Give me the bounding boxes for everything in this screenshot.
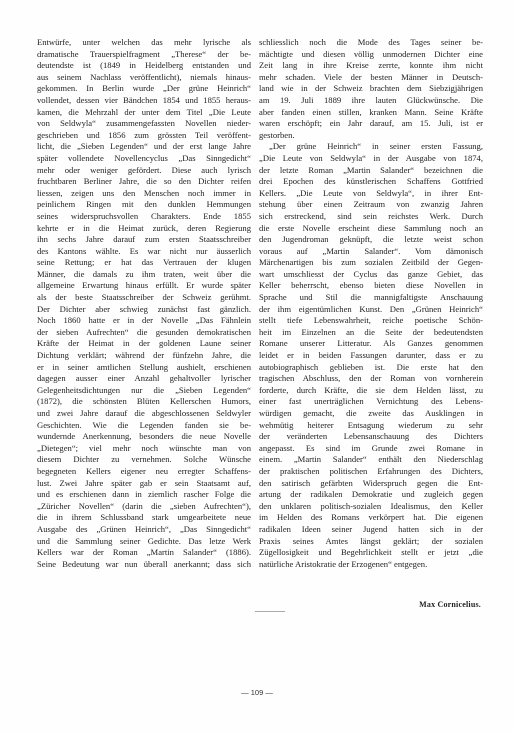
text-line: Märchenartigen bis zum sozialen Zeitbild… [259, 257, 483, 269]
text-line: später vollendete Novellencyclus „Das Si… [37, 153, 251, 165]
text-line: aus seinem Nachlass veröffentlicht), nie… [37, 72, 251, 84]
text-line: Ausgabe des „Grünen Heinrich“, „Das Sinn… [37, 524, 251, 536]
text-line: Gelegenheitsdichtungen nur die „Sieben L… [37, 385, 251, 397]
text-line: lust. Zwei Jahre später gab er sein Staa… [37, 478, 251, 490]
text-line: Romane unserer Litteratur. Als Ganzes ge… [259, 338, 483, 350]
text-line: deutendste ist (1849 in Heidelberg entst… [37, 60, 251, 72]
text-line: allgemeine Erwartung hinaus erfüllt. Er … [37, 280, 251, 292]
text-line: natürliche Aristokratie der Erzogenen“ e… [259, 559, 483, 571]
text-line: wart umschliesst der Cyclus das ganze Ge… [259, 269, 483, 281]
text-line: Kräfte der Heimat in der goldenen Laune … [37, 338, 251, 350]
right-text-column: schliesslich noch die Mode des Tages sei… [259, 37, 483, 570]
text-line: leidet er in beiden Fassungen darunter, … [259, 350, 483, 362]
text-line: mehr schaden. Viele der besten Männer in… [259, 72, 483, 84]
text-line: wehmütig heiterer Entsagung wiederum zu … [259, 420, 483, 432]
paragraph-start-line: „Der grüne Heinrich“ in seiner ersten Fa… [259, 141, 483, 153]
text-line: tragischen Abschluss, den der Roman von … [259, 373, 483, 385]
text-line: einer fast unerträglichen Vernichtung de… [259, 396, 483, 408]
text-line: als der beste Staatsschreiber der Schwei… [37, 292, 251, 304]
text-line: mehr oder weniger gefördert. Diese auch … [37, 165, 251, 177]
text-line: forderte, durch Kräfte, die sie dem Held… [259, 385, 483, 397]
text-line: Männer, die damals zu ihm traten, weit ü… [37, 269, 251, 281]
text-line: den unklaren politisch-sozialen Idealism… [259, 501, 483, 513]
text-line: angepasst. Es sind im Grunde zwei Romane… [259, 443, 483, 455]
text-line: der veränderten Lebensanschauung des Dic… [259, 431, 483, 443]
text-line: stehung über einen Zeitraum von zwanzig … [259, 199, 483, 211]
text-line: land wie in der Schweiz brachten dem Sie… [259, 83, 483, 95]
page-number: — 109 — [0, 688, 514, 697]
text-line: mächtigte und diesen völlig unmodernen D… [259, 49, 483, 61]
text-line: fruchtbaren Berliner Jahre, die so den D… [37, 176, 251, 188]
text-line: ihn sechs Jahre darauf zum ersten Staats… [37, 234, 251, 246]
text-line: Entwürfe, unter welchen das mehr lyrisch… [37, 37, 251, 49]
text-line: „Züricher Novellen“ (darin die „sieben A… [37, 501, 251, 513]
divider [255, 611, 285, 612]
text-line: waren erschöpft; ein Jahr darauf, am 15.… [259, 118, 483, 130]
text-line: „Dietegen“; viel mehr noch wünschte man … [37, 443, 251, 455]
text-line: würdigen gemacht, die zweite das Ausklin… [259, 408, 483, 420]
text-line: Seine Bedeutung war nun überall anerkann… [37, 559, 251, 571]
text-line: (1872), die schönsten Blüten Kellerschen… [37, 396, 251, 408]
text-line: seine Rettung; er hat das Vertrauen der … [37, 257, 251, 269]
text-line: von Seldwyla“ zusammengefassten Novellen… [37, 118, 251, 130]
text-line: er in seiner amtlichen Stellung aushielt… [37, 362, 251, 374]
text-line: vollendet, dessen vier Bändchen 1854 und… [37, 95, 251, 107]
text-line: Keller beherrscht, ebenso bieten diese N… [259, 280, 483, 292]
text-line: dramatische Trauerspielfragment „Therese… [37, 49, 251, 61]
text-line: Zügellosigkeit und Begehrlichkeit stellt… [259, 547, 483, 559]
text-line: den satirisch gefärbten Widerspruch gege… [259, 478, 483, 490]
text-line: den Jugendroman geknüpft, die letzte wei… [259, 234, 483, 246]
text-line: geschrieben und 1856 zum grössten Teil v… [37, 130, 251, 142]
text-line: heit im Einzelnen an die Seite der bedeu… [259, 327, 483, 339]
text-line: seines widerspruchsvollen Charakters. En… [37, 211, 251, 223]
text-line: am 19. Juli 1889 ihre lauten Glückwünsch… [259, 95, 483, 107]
text-line: Praxis seines Amtes längst geklärt; der … [259, 536, 483, 548]
text-line: die in ihrem Schlussband stark umgearbei… [37, 512, 251, 524]
text-line: liessen, zeigen uns den Menschen noch im… [37, 188, 251, 200]
text-line: gekommen. In Berlin wurde „Der grüne Hei… [37, 83, 251, 95]
left-text-column: Entwürfe, unter welchen das mehr lyrisch… [37, 37, 251, 570]
text-line: diesem Dichter zu vernehmen. Solche Wüns… [37, 454, 251, 466]
author-signature: Max Cornicelius. [259, 600, 483, 609]
text-line: Noch 1860 hatte er in der Novelle „Das F… [37, 315, 251, 327]
text-line: „Die Leute von Seldwyla“ in der Ausgabe … [259, 153, 483, 165]
text-line: wundernde Anerkennung, besonders die neu… [37, 431, 251, 443]
text-line: begegneten Kellers eigener neu erregter … [37, 466, 251, 478]
text-line: peinlichem Ringen mit den dunklen Hemmun… [37, 199, 251, 211]
text-line: sich erstreckend, sind sein reichstes We… [259, 211, 483, 223]
text-line: licht, die „Sieben Legenden“ und der ers… [37, 141, 251, 153]
text-line: schliesslich noch die Mode des Tages sei… [259, 37, 483, 49]
text-line: voraus auf „Martin Salander“. Vom dämoni… [259, 246, 483, 258]
text-line: der sieben Aufrechten“ die gesunden demo… [37, 327, 251, 339]
text-line: Sprache und Stil die mannigfaltigste Ans… [259, 292, 483, 304]
text-line: drei Epochen des künstlerischen Schaffen… [259, 176, 483, 188]
text-line: Dichtung verklärt; während der fünfzehn … [37, 350, 251, 362]
text-line: der letzte Roman „Martin Salander“ bezei… [259, 165, 483, 177]
text-line: Kellers war der Roman „Martin Salander“ … [37, 547, 251, 559]
text-line: autobiographisch geblieben ist. Die erst… [259, 362, 483, 374]
text-line: radikalen Ideen seiner Jugend hatten sic… [259, 524, 483, 536]
text-line: des Kantons wählte. Es war nicht nur äus… [37, 246, 251, 258]
text-line: und die Sammlung seiner Gedichte. Das le… [37, 536, 251, 548]
text-line: Geschichten. Wie die Legenden fanden sie… [37, 420, 251, 432]
text-line: Kellers. „Die Leute von Seldwyla“, in ih… [259, 188, 483, 200]
text-line: artung der radikalen Demokratie und zugl… [259, 489, 483, 501]
text-line: kamen, die Mehrzahl der unter dem Titel … [37, 107, 251, 119]
text-line: gestorben. [259, 130, 483, 142]
text-line: einem. „Martin Salander“ enthält den Nie… [259, 454, 483, 466]
text-line: der ihm eigentümlichen Kunst. Den „Grüne… [259, 304, 483, 316]
text-line: der praktischen politischen Erfahrungen … [259, 466, 483, 478]
text-line: dagegen ausser einer Anzahl gehaltvoller… [37, 373, 251, 385]
text-line: und es erschienen dann in ziemlich rasch… [37, 489, 251, 501]
text-line: kehrte er in die Heimat zurück, deren Re… [37, 223, 251, 235]
text-line: die erste Novelle erscheint diese Sammlu… [259, 223, 483, 235]
text-line: im Helden des Romans verkörpert hat. Die… [259, 512, 483, 524]
text-line: stellt tiefe Lebenswahrheit, reiche poet… [259, 315, 483, 327]
text-line: aber fanden einen stillen, kranken Mann.… [259, 107, 483, 119]
text-line: und zwei Jahre darauf die abgeschlossene… [37, 408, 251, 420]
document-page: Entwürfe, unter welchen das mehr lyrisch… [0, 0, 514, 734]
text-line: Der Dichter aber schwieg zunächst fast g… [37, 304, 251, 316]
text-line: Zeit lang in ihre Kreise zerrte, konnte … [259, 60, 483, 72]
